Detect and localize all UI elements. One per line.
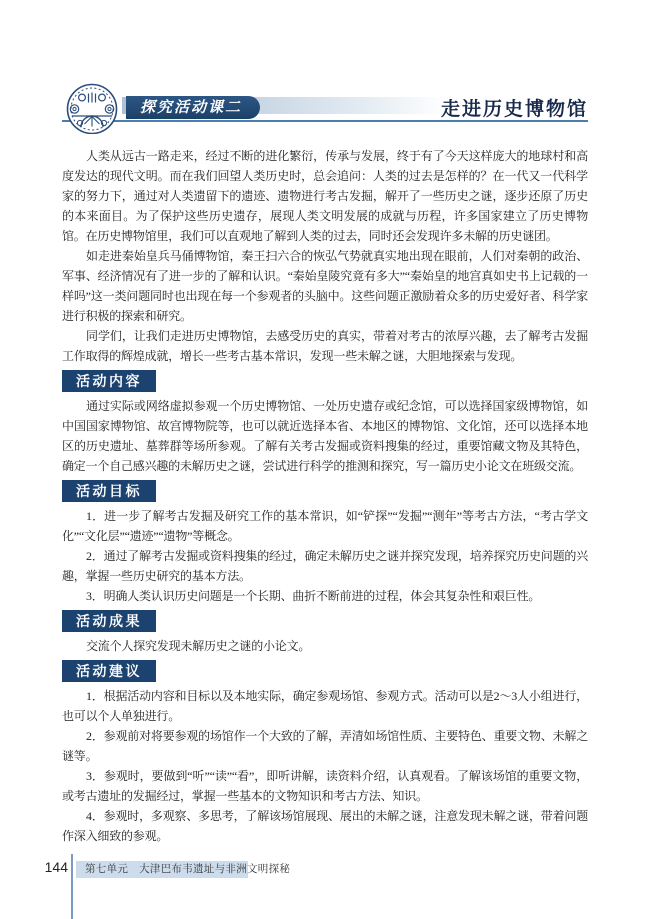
section-paragraph: 3．明确人类认识历史问题是一个长期、曲折不断前进的过程，体会其复杂性和艰巨性。 (62, 586, 588, 606)
section-paragraph: 通过实际或网络虚拟参观一个历史博物馆、一处历史遗存或纪念馆，可以选择国家级博物馆… (62, 396, 588, 476)
section-header-activity-goals: 活动目标 (62, 480, 156, 502)
intro-paragraph: 如走进秦始皇兵马俑博物馆，秦王扫六合的恢弘气势就真实地出现在眼前，人们对秦朝的政… (62, 246, 588, 326)
section-title: 活动内容 (76, 373, 142, 389)
section-paragraph: 3．参观时，要做到“听”“读”“看”，即听讲解，读资料介绍，认真观看。了解该场馆… (62, 766, 588, 806)
textbook-page: 探究活动课二 走进历史博物馆 人类从远古一路走来，经过不断的进化繁衍，传承与发展… (0, 0, 650, 919)
section-paragraph: 2．参观前对将要参观的场馆作一个大致的了解，弄清如场馆性质、主要特色、重要文物、… (62, 726, 588, 766)
activity-banner: 探究活动课二 (126, 96, 260, 119)
intro-paragraph: 人类从远古一路走来，经过不断的进化繁衍，传承与发展，终于有了今天这样庞大的地球村… (62, 146, 588, 246)
section-title: 活动目标 (76, 483, 142, 499)
section-title: 活动成果 (76, 613, 142, 629)
footer-unit-bar: 第七单元 大津巴布韦遗址与非洲文明探秘 (76, 861, 248, 878)
section-paragraph: 1．进一步了解考古发掘及研究工作的基本常识，如“铲探”“发掘”“测年”等考古方法… (62, 506, 588, 546)
page-title: 走进历史博物馆 (441, 94, 588, 121)
section-header-activity-content: 活动内容 (62, 370, 156, 392)
page-content: 人类从远古一路走来，经过不断的进化繁衍，传承与发展，终于有了今天这样庞大的地球村… (62, 146, 588, 846)
section-paragraph: 1．根据活动内容和目标以及本地实际，确定参观场馆、参观方式。活动可以是2～3人小… (62, 686, 588, 726)
intro-paragraph: 同学们，让我们走进历史博物馆，去感受历史的真实，带着对考古的浓厚兴趣，去了解考古… (62, 326, 588, 366)
section-header-activity-suggestions: 活动建议 (62, 660, 156, 682)
page-number: 144 (38, 859, 68, 875)
unit-label: 第七单元 大津巴布韦遗址与非洲文明探秘 (76, 861, 248, 878)
section-paragraph: 交流个人探究发现未解历史之谜的小论文。 (62, 636, 588, 656)
section-header-activity-results: 活动成果 (62, 610, 156, 632)
footer-divider-line (71, 854, 73, 919)
section-paragraph: 2．通过了解考古发掘或资料搜集的经过，确定未解历史之谜并探究发现，培养探究历史问… (62, 546, 588, 586)
banner-label: 探究活动课二 (140, 99, 242, 116)
section-paragraph: 4．参观时，多观察、多思考，了解该场馆展现、展出的未解之谜，注意发现未解之谜，带… (62, 806, 588, 846)
ancient-tile-seal-icon (62, 83, 122, 134)
section-title: 活动建议 (76, 663, 142, 679)
